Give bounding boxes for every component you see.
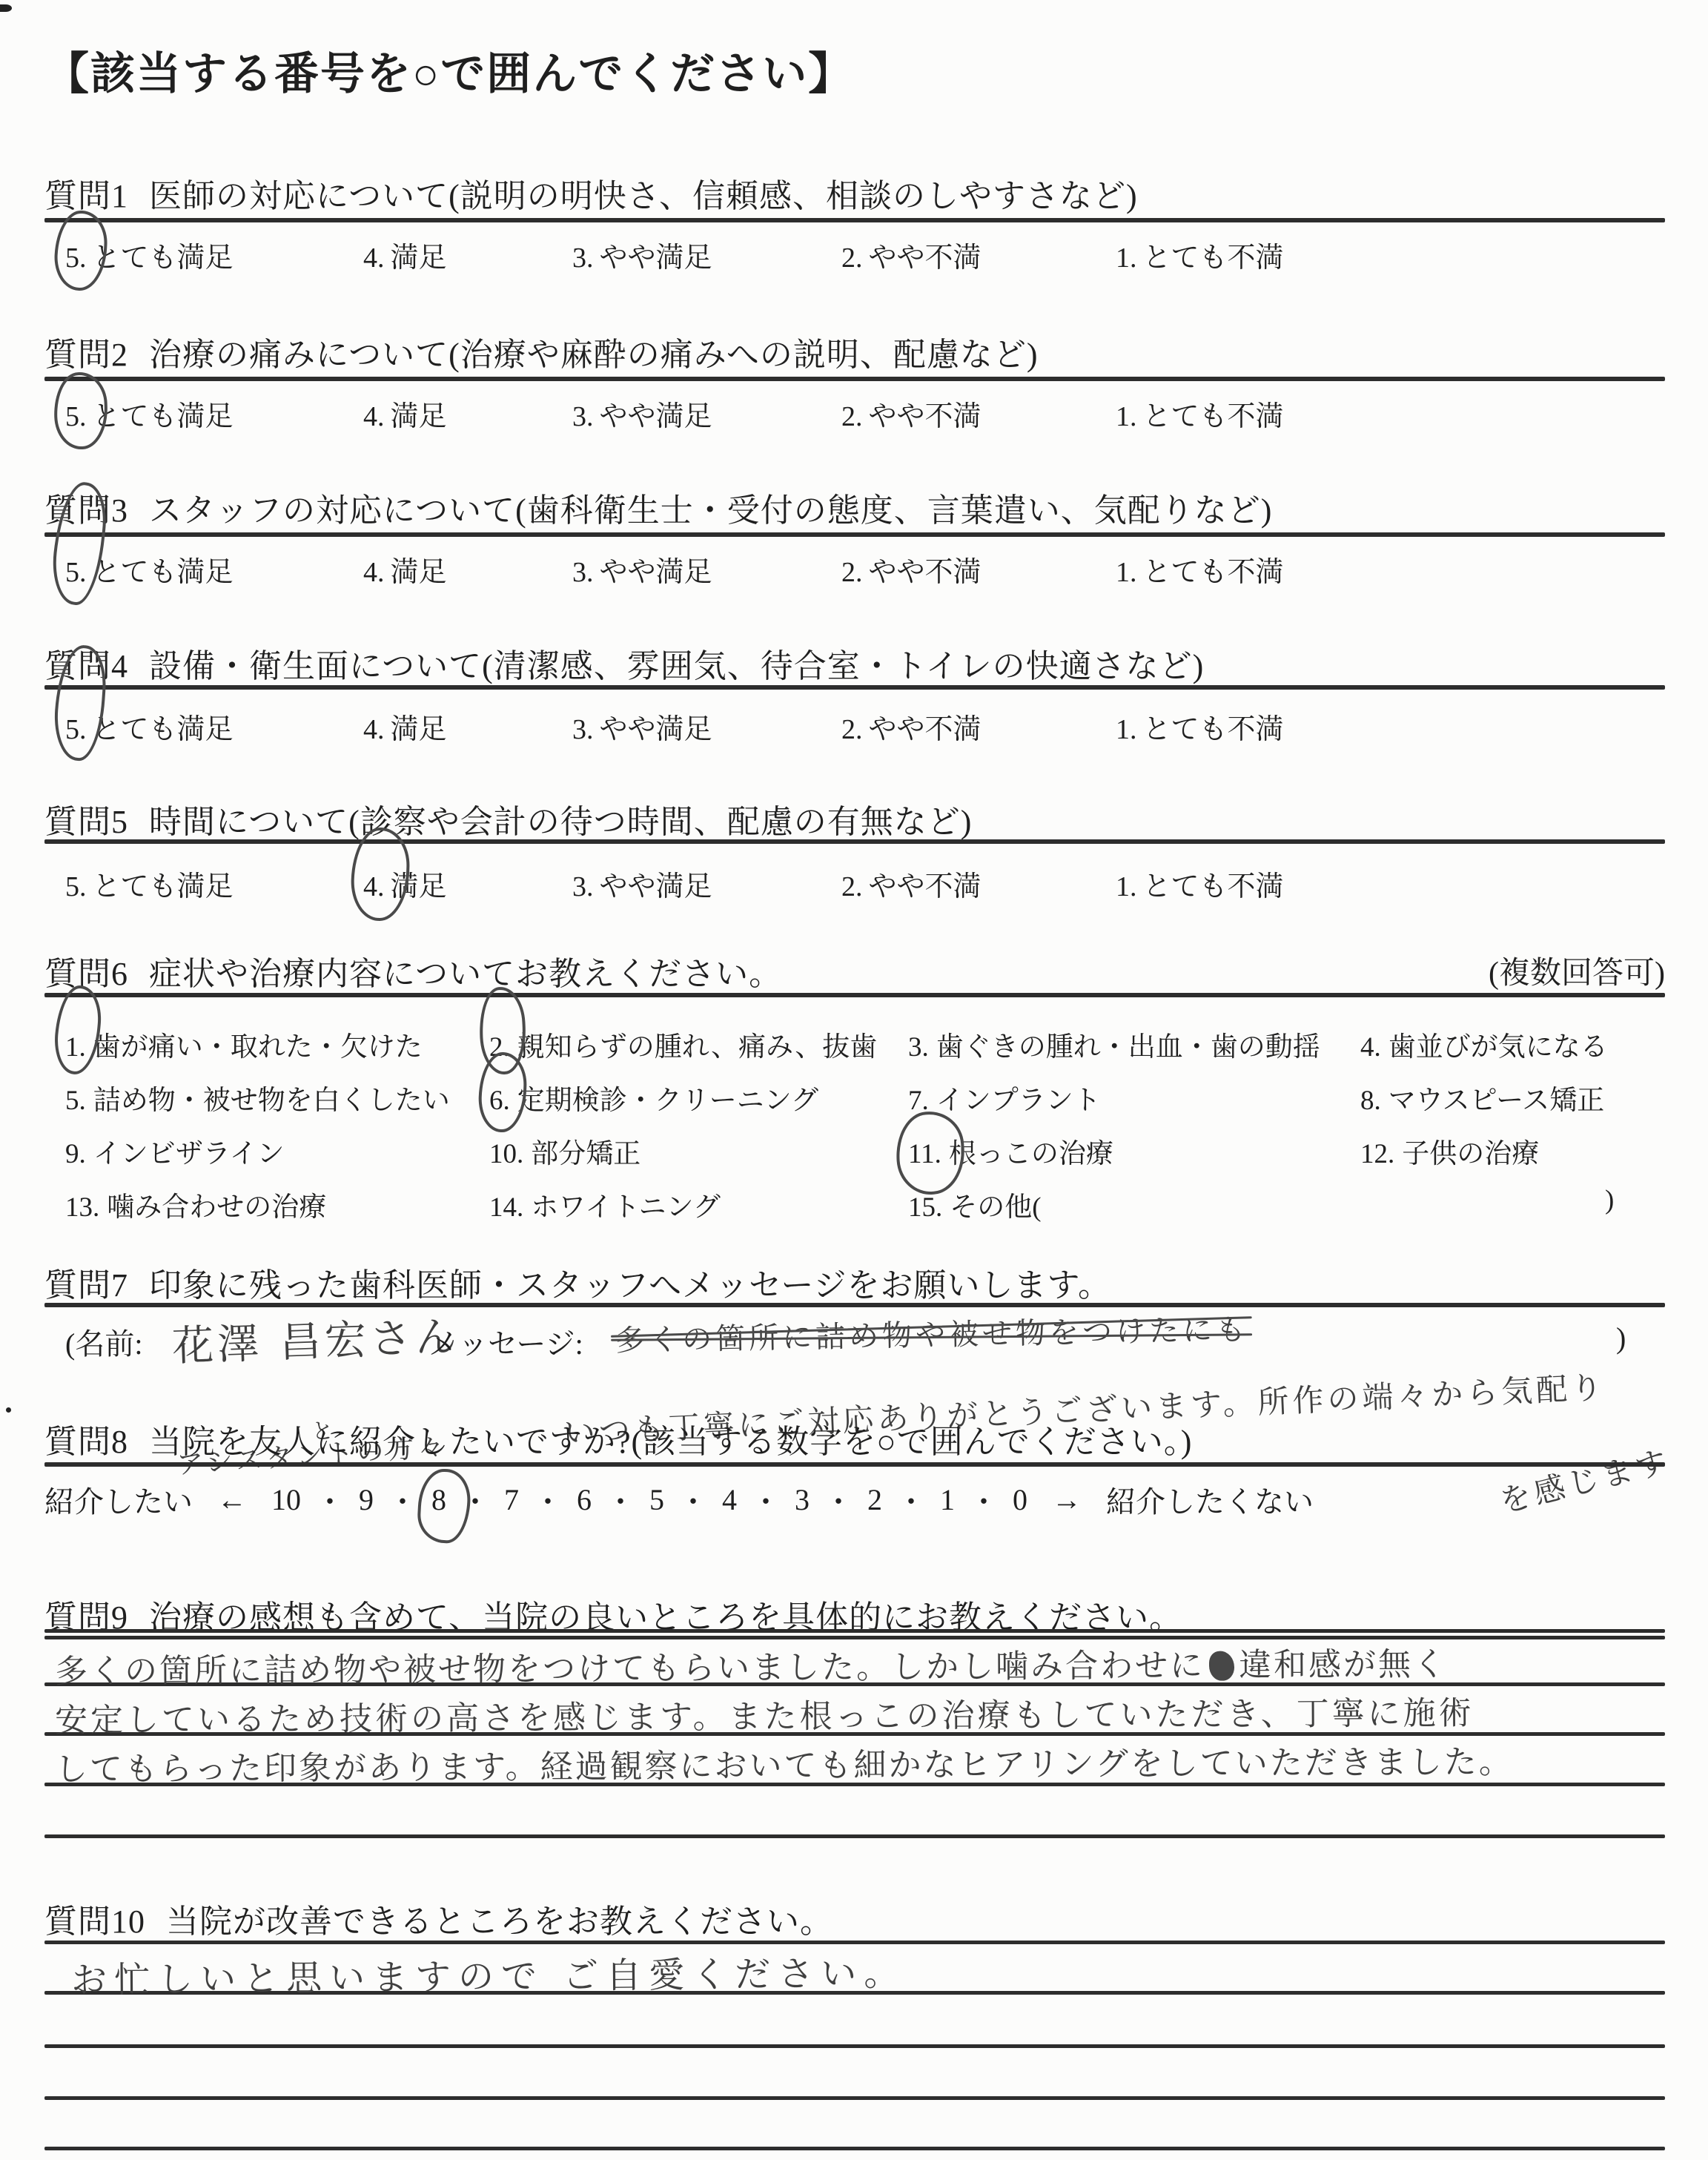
question-2: 質問2治療の痛みについて(治療や麻酔の痛みへの説明、配慮など) 5.とても満足 … — [44, 328, 1665, 439]
divider-rule — [44, 218, 1665, 222]
rating-option-3: 3.やや満足 — [572, 393, 712, 434]
symptom-option-4: 4.歯並びが気になる — [1360, 1024, 1608, 1064]
question-title: 治療の痛みについて(治療や麻酔の痛みへの説明、配慮など) — [149, 337, 1039, 373]
rating-option-2: 2.やや不満 — [841, 393, 982, 434]
symptom-option-6: 6.定期検診・クリーニング — [489, 1077, 818, 1117]
symptom-option-14: 14.ホワイトニング — [489, 1184, 721, 1224]
rating-option-3: 3.やや満足 — [572, 234, 712, 275]
dot-separator: ・ — [969, 1479, 999, 1521]
rating-option-3: 3.やや満足 — [572, 549, 712, 589]
question-3: 質問3スタッフの対応について(歯科衛生士・受付の態度、言葉遣い、気配りなど) 5… — [44, 483, 1665, 595]
scale-left-label: 紹介したい — [44, 1479, 193, 1521]
question-number: 質問4 — [44, 648, 128, 684]
handwritten-q9-line2: 安定しているため技術の高さを感じます。また根っこの治療もしていただき、丁寧に施術 — [55, 1686, 1474, 1741]
answer-rule — [44, 2044, 1665, 2048]
scale-4: 4 — [722, 1482, 737, 1517]
divider-rule — [44, 377, 1665, 381]
symptom-row-1: 1.歯が痛い・取れた・欠けた 2.親知らずの腫れ、痛み、抜歯 3.歯ぐきの腫れ・… — [44, 1024, 1665, 1061]
rating-option-1: 1.とても不満 — [1116, 234, 1284, 275]
question-number: 質問7 — [44, 1267, 128, 1304]
question-6-heading: 質問6症状や治療内容についてお教えください。 — [44, 947, 782, 994]
question-number: 質問3 — [44, 492, 128, 529]
right-arrow-icon: → — [1052, 1482, 1082, 1517]
rating-option-2: 2.やや不満 — [841, 549, 982, 589]
question-3-heading: 質問3スタッフの対応について(歯科衛生士・受付の態度、言葉遣い、気配りなど) — [44, 483, 1272, 531]
scale-right-label: 紹介したくない — [1106, 1479, 1314, 1521]
question-10-heading: 質問10当院が改善できるところをお教えください。 — [44, 1895, 833, 1942]
question-number: 質問10 — [44, 1903, 145, 1940]
survey-scan-page: 【該当する番号を○で囲んでください】 質問1医師の対応について(説明の明快さ、信… — [0, 0, 1708, 2160]
question-5-heading: 質問5時間について(診察や会計の待つ時間、配慮の有無など) — [44, 795, 972, 842]
divider-rule — [44, 532, 1665, 537]
question-9: 質問9治療の感想も含めて、当院の良いところを具体的にお教えください。 多くの箇所… — [44, 1591, 1665, 1843]
answer-rule — [44, 1941, 1665, 1944]
rating-options-row: 5.とても満足 4.満足 3.やや満足 2.やや不満 1.とても不満 — [44, 863, 1665, 900]
dot-separator: ・ — [315, 1479, 345, 1521]
answer-rule — [44, 1629, 1665, 1633]
question-5: 質問5時間について(診察や会計の待つ時間、配慮の有無など) 5.とても満足 4.… — [44, 795, 1665, 906]
scan-speck — [0, 4, 12, 12]
scan-speck — [6, 1407, 11, 1413]
question-8-heading: 質問8当院を友人に紹介したいですか?(該当する数字を○で囲んでください。) — [44, 1415, 1192, 1462]
answer-rule — [44, 2147, 1665, 2150]
rating-options-row: 5.とても満足 4.満足 3.やや満足 2.やや不満 1.とても不満 — [44, 549, 1665, 586]
dot-separator: ・ — [460, 1479, 490, 1521]
answer-rule — [44, 2096, 1665, 2100]
scale-0: 0 — [1013, 1482, 1027, 1517]
question-title: 症状や治療内容についてお教えください。 — [149, 956, 782, 992]
divider-rule — [44, 993, 1665, 997]
question-8: 質問8当院を友人に紹介したいですか?(該当する数字を○で囲んでください。) 紹介… — [44, 1415, 1665, 1533]
nps-scale-row: 紹介したい ← 10・ 9・ 8・ 7・ 6・ 5・ 4・ 3・ 2・ 1・ 0… — [44, 1479, 1314, 1521]
question-7-heading: 質問7印象に残った歯科医師・スタッフへメッセージをお願いします。 — [44, 1258, 1111, 1306]
handwritten-name: 花澤 昌宏さん — [171, 1304, 461, 1373]
symptom-other-close-paren: ) — [1605, 1184, 1614, 1216]
scribble-mark — [1209, 1651, 1234, 1681]
question-title: 当院を友人に紹介したいですか?(該当する数字を○で囲んでください。) — [149, 1424, 1192, 1460]
rating-option-5: 5.とても満足 — [65, 234, 234, 275]
question-number: 質問6 — [44, 956, 128, 992]
symptom-option-13: 13.噛み合わせの治療 — [65, 1184, 326, 1224]
symptom-option-15: 15.その他( — [908, 1184, 1042, 1224]
divider-rule — [44, 1303, 1665, 1307]
question-10: 質問10当院が改善できるところをお教えください。 お忙しいと思いますので ご自愛… — [44, 1895, 1665, 2154]
rating-option-5: 5.とても満足 — [65, 706, 234, 747]
handwritten-q9-line3: してもらった印象があります。経過観察においても細かなヒアリングをしていただきまし… — [55, 1735, 1514, 1790]
rating-option-2: 2.やや不満 — [841, 234, 982, 275]
scale-9: 9 — [359, 1482, 374, 1517]
handwritten-q10-line1: お忙しいと思いますので ご自愛ください。 — [71, 1944, 907, 2003]
multiple-answers-note: (複数回答可) — [1489, 948, 1665, 993]
name-field-label: (名前: — [65, 1321, 142, 1363]
question-number: 質問5 — [44, 804, 128, 840]
question-4-heading: 質問4設備・衛生面について(清潔感、雰囲気、待合室・トイレの快適さなど) — [44, 639, 1204, 687]
rating-option-4: 4.満足 — [363, 863, 447, 904]
symptom-option-5: 5.詰め物・被せ物を白くしたい — [65, 1077, 450, 1117]
rating-option-5: 5.とても満足 — [65, 393, 234, 434]
rating-option-5: 5.とても満足 — [65, 549, 234, 589]
rating-option-4: 4.満足 — [363, 706, 447, 747]
scale-8-selected: 8 — [431, 1482, 446, 1517]
scale-3: 3 — [795, 1482, 810, 1517]
rating-option-1: 1.とても不満 — [1116, 706, 1284, 747]
handwritten-q9-line1: 多くの箇所に詰め物や被せ物をつけてもらいました。しかし噛み合わせに違和感が無く — [55, 1637, 1448, 1692]
scale-5: 5 — [649, 1482, 664, 1517]
symptom-option-10: 10.部分矯正 — [489, 1131, 640, 1171]
left-arrow-icon: ← — [217, 1482, 247, 1517]
symptom-option-7: 7.インプラント — [908, 1077, 1101, 1117]
divider-rule — [44, 685, 1665, 690]
question-6: 質問6症状や治療内容についてお教えください。 (複数回答可) 1.歯が痛い・取れ… — [44, 947, 1665, 1244]
form-title-section: 【該当する番号を○で囲んでください】 — [44, 39, 1665, 102]
dot-separator: ・ — [751, 1479, 781, 1521]
rating-option-4: 4.満足 — [363, 549, 447, 589]
scale-7: 7 — [504, 1482, 519, 1517]
scale-6: 6 — [577, 1482, 592, 1517]
rating-option-1: 1.とても不満 — [1116, 393, 1284, 434]
rating-option-2: 2.やや不満 — [841, 706, 982, 747]
symptom-option-8: 8.マウスピース矯正 — [1360, 1077, 1604, 1117]
dot-separator: ・ — [824, 1479, 853, 1521]
divider-rule — [44, 1462, 1665, 1467]
rating-option-4: 4.満足 — [363, 393, 447, 434]
dot-separator: ・ — [896, 1479, 926, 1521]
question-title: 設備・衛生面について(清潔感、雰囲気、待合室・トイレの快適さなど) — [149, 648, 1204, 684]
rating-option-2: 2.やや不満 — [841, 863, 982, 904]
question-title: 印象に残った歯科医師・スタッフへメッセージをお願いします。 — [149, 1267, 1111, 1304]
rating-option-1: 1.とても不満 — [1116, 863, 1284, 904]
symptom-option-9: 9.インビザライン — [65, 1131, 285, 1171]
symptom-row-2: 5.詰め物・被せ物を白くしたい 6.定期検診・クリーニング 7.インプラント 8… — [44, 1077, 1665, 1114]
dot-separator: ・ — [606, 1479, 635, 1521]
close-paren: ) — [1616, 1321, 1626, 1355]
dot-separator: ・ — [678, 1479, 708, 1521]
question-1: 質問1医師の対応について(説明の明快さ、信頼感、相談のしやすさなど) 5.とても… — [44, 169, 1665, 280]
symptom-option-2: 2.親知らずの腫れ、痛み、抜歯 — [489, 1024, 877, 1064]
rating-option-3: 3.やや満足 — [572, 863, 712, 904]
question-number: 質問2 — [44, 337, 128, 373]
rating-options-row: 5.とても満足 4.満足 3.やや満足 2.やや不満 1.とても不満 — [44, 706, 1665, 743]
rating-option-5: 5.とても満足 — [65, 863, 234, 904]
rating-option-4: 4.満足 — [363, 234, 447, 275]
symptom-row-4: 13.噛み合わせの治療 14.ホワイトニング 15.その他( ) — [44, 1184, 1665, 1221]
question-4: 質問4設備・衛生面について(清潔感、雰囲気、待合室・トイレの快適さなど) 5.と… — [44, 639, 1665, 750]
dot-separator: ・ — [388, 1479, 417, 1521]
question-1-heading: 質問1医師の対応について(説明の明快さ、信頼感、相談のしやすさなど) — [44, 169, 1138, 217]
question-number: 質問8 — [44, 1424, 128, 1460]
handwritten-message-struck: 多くの箇所に詰め物や被せ物をつけたにも — [615, 1307, 1250, 1360]
symptom-option-12: 12.子供の治療 — [1360, 1131, 1539, 1171]
page-title: 【該当する番号を○で囲んでください】 — [44, 39, 1665, 102]
symptom-option-1: 1.歯が痛い・取れた・欠けた — [65, 1024, 423, 1064]
message-field-label: メッセージ: — [428, 1321, 583, 1363]
question-title: 当院が改善できるところをお教えください。 — [166, 1903, 833, 1940]
scale-2: 2 — [867, 1482, 882, 1517]
scale-1: 1 — [940, 1482, 955, 1517]
scale-10: 10 — [271, 1482, 301, 1517]
rating-option-3: 3.やや満足 — [572, 706, 712, 747]
symptom-option-3: 3.歯ぐきの腫れ・出血・歯の動揺 — [908, 1024, 1320, 1064]
question-title: 時間について(診察や会計の待つ時間、配慮の有無など) — [149, 804, 972, 840]
question-title: 医師の対応について(説明の明快さ、信頼感、相談のしやすさなど) — [149, 178, 1138, 214]
symptom-option-11: 11.根っこの治療 — [908, 1131, 1113, 1171]
question-number: 質問1 — [44, 178, 128, 214]
divider-rule — [44, 839, 1665, 844]
question-title: スタッフの対応について(歯科衛生士・受付の態度、言葉遣い、気配りなど) — [149, 492, 1272, 529]
rating-options-row: 5.とても満足 4.満足 3.やや満足 2.やや不満 1.とても不満 — [44, 393, 1665, 430]
symptom-row-3: 9.インビザライン 10.部分矯正 11.根っこの治療 12.子供の治療 — [44, 1131, 1665, 1168]
answer-rule — [44, 1834, 1665, 1838]
dot-separator: ・ — [533, 1479, 563, 1521]
question-2-heading: 質問2治療の痛みについて(治療や麻酔の痛みへの説明、配慮など) — [44, 328, 1039, 375]
rating-options-row: 5.とても満足 4.満足 3.やや満足 2.やや不満 1.とても不満 — [44, 234, 1665, 271]
rating-option-1: 1.とても不満 — [1116, 549, 1284, 589]
